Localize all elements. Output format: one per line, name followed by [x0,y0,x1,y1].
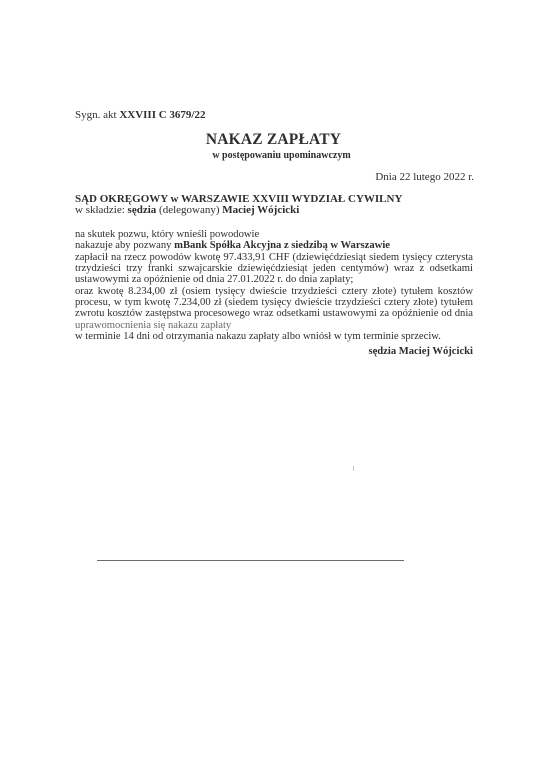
defendant-line: nakazuje aby pozwany mBank Spółka Akcyjn… [75,240,473,251]
body-line: oraz kwotę 8.234,00 zł (osiem tysięcy dw… [75,286,473,297]
body-line: ustawowymi za opóźnienie od dnia 27.01.2… [75,274,473,285]
body-line: zwrotu kosztów zastępstwa procesowego wr… [75,308,473,319]
case-reference-number: XXVIII C 3679/22 [119,109,205,121]
case-reference: Sygn. akt XXVIII C 3679/22 [75,108,206,122]
horizontal-rule [97,560,404,561]
body-line: uprawomocnienia się nakazu zapłaty [75,320,473,331]
judge-title: sędzia [128,204,157,216]
judge-name: Maciej Wójcicki [222,204,299,216]
document-title: NAKAZ ZAPŁATY [1,131,543,149]
body-line: trzydzieści trzy franki szwajcarskie dzi… [75,263,473,274]
document-subtitle: w postępowaniu upominawczym [10,150,543,162]
judge-role: (delegowany) [159,204,219,216]
body-line: zapłacił na rzecz powodów kwotę 97.433,9… [75,252,473,263]
composition-line: w składzie: sędzia (delegowany) Maciej W… [75,204,299,216]
case-reference-label: Sygn. akt [75,109,117,121]
defendant-prefix: nakazuje aby pozwany [75,240,171,251]
order-body: na skutek pozwu, który wnieśli powodowie… [75,229,473,342]
judge-signature: sędzia Maciej Wójcicki [368,346,473,358]
court-block: SĄD OKRĘGOWY w WARSZAWIE XXVIII WYDZIAŁ … [75,194,402,217]
body-line: procesu, w tym kwotę 7.234,00 zł (siedem… [75,297,473,308]
document-page: Sygn. akt XXVIII C 3679/22 NAKAZ ZAPŁATY… [0,0,543,768]
body-line: w terminie 14 dni od otrzymania nakazu z… [75,331,473,342]
defendant-name: mBank Spółka Akcyjna z siedzibą w Warsza… [174,240,390,251]
issue-date: Dnia 22 lutego 2022 r. [375,170,474,184]
body-line: na skutek pozwu, który wnieśli powodowie [75,229,473,240]
scan-speck [353,466,354,471]
composition-prefix: w składzie: [75,204,125,216]
